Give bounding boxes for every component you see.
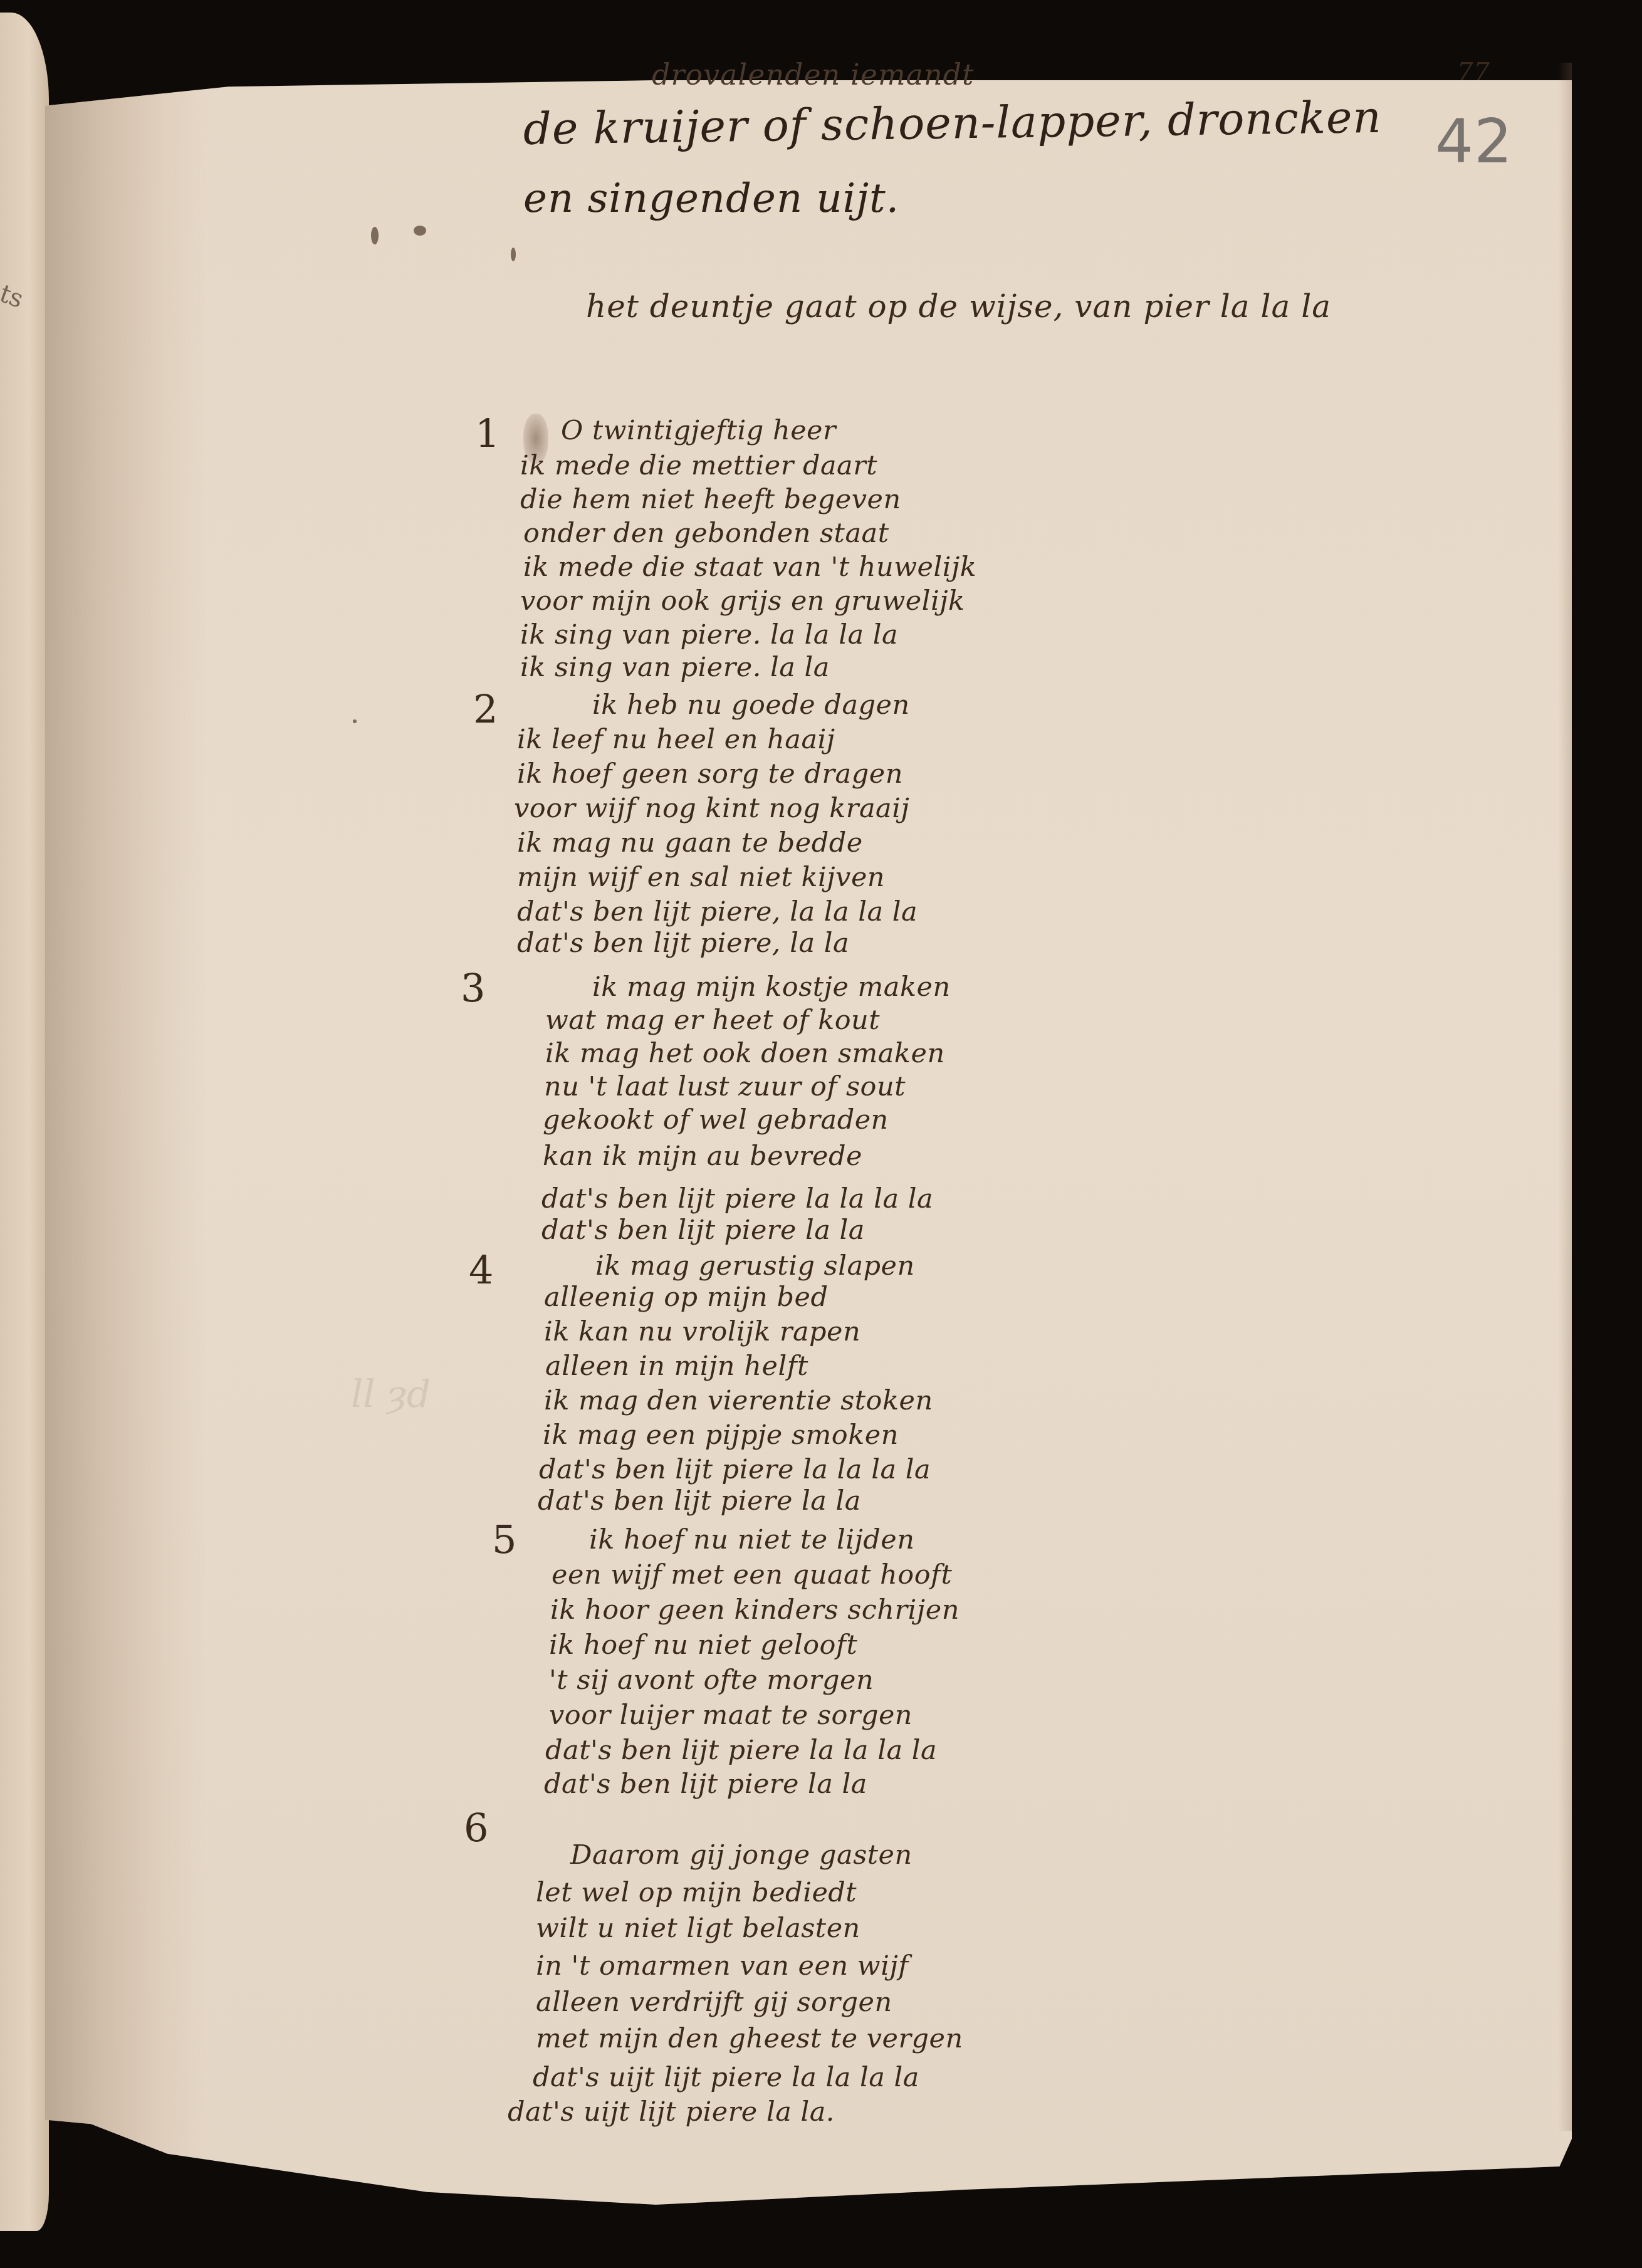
verse-line: 't sij avont ofte morgen [549, 1664, 874, 1696]
verse-line: dat's ben lijt piere, la la la la [517, 896, 918, 928]
verse-line: ik mag nu gaan te bedde [517, 827, 863, 859]
verse-line: in 't omarmen van een wijf [536, 1950, 909, 1982]
verse-line: Daarom gij jonge gasten [570, 1839, 913, 1871]
verse-line: dat's uijt lijt piere la la la la [533, 2062, 919, 2093]
verse-line: nu 't laat lust zuur of sout [544, 1071, 906, 1102]
verse-line: let wel op mijn bediedt [536, 1877, 857, 1908]
verse-line: kan ik mijn au bevrede [543, 1141, 862, 1172]
verse-line: dat's ben lijt piere, la la [517, 928, 849, 959]
song-title-line-2: en singenden uijt. [523, 175, 899, 222]
facing-page-edge: ts [0, 13, 49, 2231]
verse-number: 2 [473, 686, 498, 732]
interlinear-insertion: drovalenden iemandt [652, 58, 975, 91]
folio-number-pencil: 42 [1435, 107, 1513, 177]
verse-line: ik mede die mettier daart [520, 450, 877, 481]
verse-line: voor luijer maat te sorgen [549, 1700, 913, 1731]
verse-line: onder den gebonden staat [523, 518, 889, 549]
verse-number: 4 [469, 1247, 493, 1293]
verse-line: ik mag mijn kostje maken [592, 971, 951, 1003]
verse-line: ik sing van piere. la la [520, 652, 830, 683]
verse-line: ik hoef nu niet gelooft [549, 1629, 857, 1661]
verse-line: ik mag gerustig slapen [595, 1250, 915, 1282]
verse-line: voor wijf nog kint nog kraaij [514, 793, 909, 824]
ink-spot [353, 719, 357, 723]
verse-line: wilt u niet ligt belasten [536, 1913, 860, 1944]
verse-line: ik hoef geen sorg te dragen [517, 758, 903, 790]
verse-line: dat's uijt lijt piere la la. [508, 2096, 835, 2128]
verse-line: dat's ben lijt piere la la [538, 1485, 861, 1517]
verse-line: dat's ben lijt piere la la [544, 1769, 867, 1800]
verse-line: een wijf met een quaat hooft [552, 1559, 952, 1591]
verse-line: ik leef nu heel en haaij [517, 724, 835, 755]
verse-line: ik kan nu vrolijk rapen [544, 1316, 860, 1347]
photo-scene: ts ll ȝd drovalenden iemandt de kruijer … [0, 0, 1642, 2268]
tune-indication: het deuntje gaat op de wijse, van pier l… [586, 288, 1331, 325]
verse-line: dat's ben lijt piere la la [541, 1215, 865, 1246]
verse-line: alleen in mijn helft [545, 1351, 808, 1382]
page-edge-shadow [1558, 63, 1572, 2131]
ink-spot [511, 248, 516, 261]
verse-line: mijn wijf en sal niet kijven [517, 862, 885, 893]
ink-spot [371, 227, 379, 244]
bleed-through-text: ll ȝd [351, 1372, 431, 1416]
verse-line: gekookt of wel gebraden [543, 1104, 889, 1136]
verse-line: ik sing van piere. la la la la [520, 619, 898, 651]
verse-line: dat's ben lijt piere la la la la [545, 1735, 937, 1766]
folio-number-ink: 77 [1457, 58, 1490, 86]
verse-line: ik mag het ook doen smaken [545, 1038, 945, 1069]
verse-line: dat's ben lijt piere la la la la [539, 1454, 931, 1485]
ink-spot [414, 226, 426, 236]
verse-line: wat mag er heet of kout [545, 1005, 880, 1036]
verse-line: ik heb nu goede dagen [592, 689, 910, 721]
verse-line: ik mag een pijpje smoken [543, 1419, 899, 1451]
verse-number: 3 [461, 965, 485, 1011]
verse-line: ik mag den vierentie stoken [544, 1385, 933, 1416]
verse-line: die hem niet heeft begeven [520, 484, 901, 515]
verse-line: ik hoor geen kinders schrijen [550, 1594, 960, 1626]
verse-line: ik hoef nu niet te lijden [589, 1524, 914, 1555]
verse-line: met mijn den gheest te vergen [536, 2023, 963, 2054]
verse-number: 6 [464, 1805, 488, 1851]
verse-number: 1 [475, 410, 499, 456]
verse-line: ik mede die staat van 't huwelijk [523, 551, 976, 583]
verse-line: dat's ben lijt piere la la la la [541, 1183, 933, 1215]
verse-line: voor mijn ook grijs en gruwelijk [520, 585, 965, 617]
facing-page-marginal-mark: ts [0, 279, 27, 314]
verse-line: alleenig op mijn bed [544, 1282, 828, 1313]
verse-number: 5 [492, 1517, 516, 1562]
verse-line: alleen verdrijft gij sorgen [536, 1987, 892, 2018]
verse-line: O twintigjeftig heer [561, 415, 836, 446]
